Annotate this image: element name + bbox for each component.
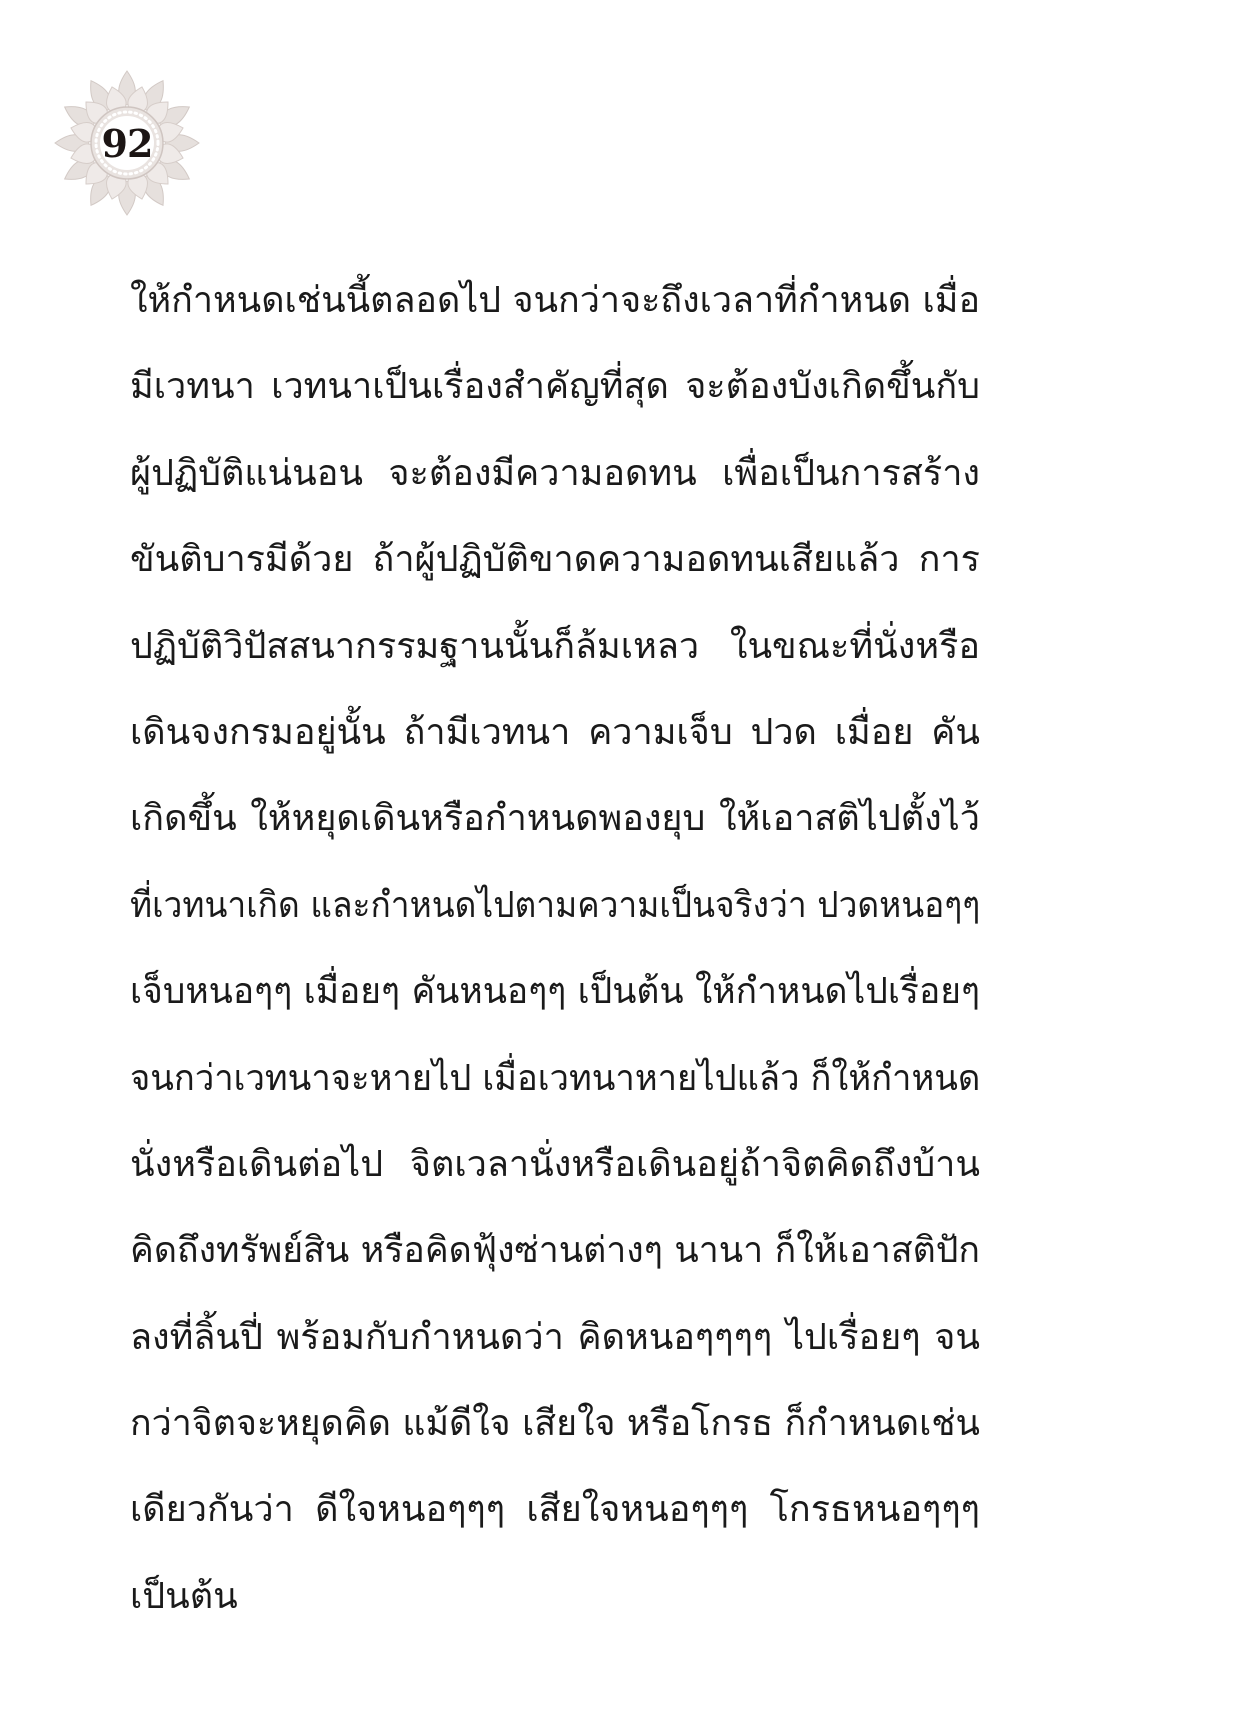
text-line: ผู้ปฏิบัติแน่นอน จะต้องมีความอดทน เพื่อเ… (130, 431, 980, 517)
text-line: ให้กำหนดเช่นนี้ตลอดไป จนกว่าจะถึงเวลาที่… (130, 258, 980, 344)
text-line: เป็นต้น (130, 1554, 980, 1640)
text-line: จนกว่าเวทนาจะหายไป เมื่อเวทนาหายไปแล้ว ก… (130, 1036, 980, 1122)
text-line: เดียวกันว่า ดีใจหนอๆๆๆ เสียใจหนอๆๆๆ โกรธ… (130, 1467, 980, 1553)
text-line: ที่เวทนาเกิด และกำหนดไปตามความเป็นจริงว่… (130, 863, 980, 949)
text-line: เกิดขึ้น ให้หยุดเดินหรือกำหนดพองยุบ ให้เ… (130, 776, 980, 862)
page-number-badge: 92 (52, 68, 202, 218)
text-line: กว่าจิตจะหยุดคิด แม้ดีใจ เสียใจ หรือโกรธ… (130, 1381, 980, 1467)
text-line: ขันติบารมีด้วย ถ้าผู้ปฏิบัติขาดความอดทนเ… (130, 517, 980, 603)
text-line: ปฏิบัติวิปัสสนากรรมฐานนั้นก็ล้มเหลว ในขณ… (130, 604, 980, 690)
text-line: ลงที่ลิ้นปี่ พร้อมกับกำหนดว่า คิดหนอๆๆๆๆ… (130, 1295, 980, 1381)
text-line: คิดถึงทรัพย์สิน หรือคิดฟุ้งซ่านต่างๆ นาน… (130, 1208, 980, 1294)
text-line: เดินจงกรมอยู่นั้น ถ้ามีเวทนา ความเจ็บ ปว… (130, 690, 980, 776)
text-line: เจ็บหนอๆๆ เมื่อยๆ คันหนอๆๆ เป็นต้น ให้กำ… (130, 949, 980, 1035)
page-number: 92 (52, 68, 202, 218)
body-paragraph: ให้กำหนดเช่นนี้ตลอดไป จนกว่าจะถึงเวลาที่… (130, 258, 980, 1640)
text-line: มีเวทนา เวทนาเป็นเรื่องสำคัญที่สุด จะต้อ… (130, 344, 980, 430)
text-line: นั่งหรือเดินต่อไป จิตเวลานั่งหรือเดินอยู… (130, 1122, 980, 1208)
